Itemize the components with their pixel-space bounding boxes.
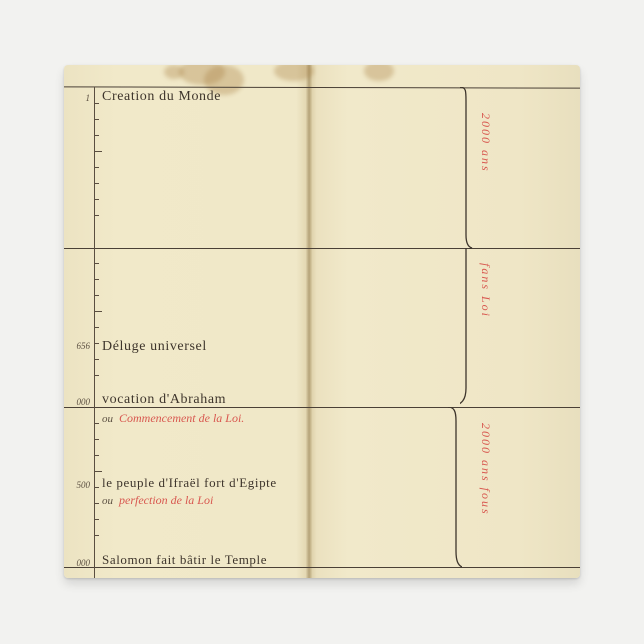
event-salomon: Salomon fait bâtir le Temple	[102, 552, 267, 568]
axis-tick	[94, 519, 99, 520]
water-stain	[164, 65, 184, 79]
curly-brace	[448, 407, 462, 569]
year-label: 500	[64, 480, 90, 490]
axis-tick	[94, 215, 99, 216]
note-prefix: ou	[102, 413, 113, 425]
year-label: 656	[64, 341, 90, 351]
axis-tick	[94, 151, 102, 152]
axis-tick	[94, 295, 99, 296]
row-rule	[64, 248, 580, 249]
axis-tick	[94, 343, 99, 344]
year-label: 1	[64, 93, 90, 103]
note-commencement: ouCommencement de la Loi.	[102, 411, 244, 426]
bracket-label-sans-loi: fans Loi	[478, 263, 493, 318]
bracket-label-2000-ans: 2000 ans	[478, 113, 493, 173]
event-creation: Creation du Monde	[102, 89, 221, 105]
event-israel: le peuple d'Ifraël fort d'Egipte	[102, 475, 277, 491]
event-abraham: vocation d'Abraham	[102, 392, 226, 408]
axis-tick	[94, 535, 99, 536]
year-label: 000	[64, 397, 90, 407]
axis-tick	[94, 487, 99, 488]
axis-tick	[94, 375, 99, 376]
year-label: 000	[64, 558, 90, 568]
axis-tick	[94, 263, 99, 264]
book-page: 1 656 000 500 000 Creation du Monde Délu…	[64, 65, 580, 578]
axis-tick	[94, 167, 99, 168]
axis-tick	[94, 455, 99, 456]
axis-tick	[94, 183, 99, 184]
event-deluge: Déluge universel	[102, 339, 207, 355]
axis-tick	[94, 103, 99, 104]
axis-tick	[94, 471, 102, 472]
note-perfection: ouperfection de la Loi	[102, 493, 213, 508]
note-red-text: perfection de la Loi	[119, 493, 213, 507]
axis-tick	[94, 359, 99, 360]
axis-tick	[94, 135, 99, 136]
axis-tick	[94, 311, 102, 312]
book-gutter	[306, 65, 312, 578]
axis-tick	[94, 423, 99, 424]
curly-brace	[460, 248, 474, 408]
curly-brace	[460, 87, 474, 249]
water-stain	[364, 65, 394, 81]
timeline-axis	[94, 87, 95, 578]
axis-tick	[94, 199, 99, 200]
axis-tick	[94, 279, 99, 280]
axis-tick	[94, 327, 99, 328]
note-prefix: ou	[102, 495, 113, 507]
axis-tick	[94, 439, 99, 440]
axis-tick	[94, 119, 99, 120]
note-red-text: Commencement de la Loi.	[119, 411, 244, 425]
axis-tick	[94, 503, 99, 504]
bracket-label-2000-ans-sous: 2000 ans fous	[478, 423, 493, 516]
